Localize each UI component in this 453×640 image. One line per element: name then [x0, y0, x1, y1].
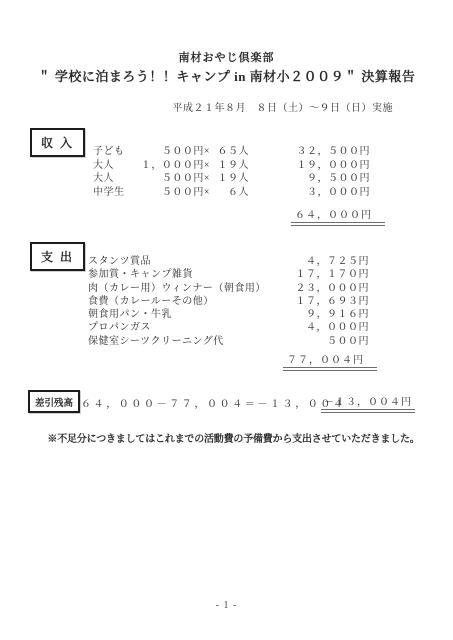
expense-amount: ４，７２５円: [277, 255, 369, 268]
expense-total: ７７，００４円: [283, 351, 377, 371]
income-row: 大人 ５００円× １９人 ９，５００円: [93, 172, 370, 186]
expense-item-label: プロパンガス: [88, 321, 277, 334]
expense-row: 朝食用パン・牛乳 ９，９１６円: [88, 308, 369, 321]
income-total: ６４，０００円: [291, 206, 385, 226]
deficit-note: ※不足分につきましてはこれまでの活動費の予備費から支出させていただきました。: [0, 430, 453, 445]
income-item-label: 大人: [93, 159, 137, 173]
page-number: - 1 -: [0, 600, 453, 611]
income-count: ６人: [210, 186, 249, 200]
expense-section-label: 支 出: [41, 248, 74, 265]
expense-item-label: 食費（カレールーその他）: [88, 295, 277, 308]
expense-total-line: ７７，００４円: [0, 351, 377, 371]
income-count: ６５人: [210, 145, 249, 159]
income-count: １９人: [210, 159, 249, 173]
income-item-label: 中学生: [93, 186, 137, 200]
balance-result-line: －１３，００４円: [0, 393, 415, 413]
expense-row: 参加賞・キャンプ雑貨 １７，１７０円: [88, 268, 369, 281]
expense-table: スタンツ賞品 ４，７２５円 参加賞・キャンプ雑貨 １７，１７０円 肉（カレー用）…: [88, 255, 369, 348]
expense-row: スタンツ賞品 ４，７２５円: [88, 255, 369, 268]
expense-item-label: 保健室シーツクリーニング代: [88, 335, 277, 348]
income-amount: ９，５００円: [249, 172, 370, 186]
balance-result: －１３，００４円: [321, 393, 415, 413]
expense-item-label: スタンツ賞品: [88, 255, 277, 268]
expense-amount: ４，０００円: [277, 321, 369, 334]
expense-row: 食費（カレールーその他） １７，６９３円: [88, 295, 369, 308]
income-row: 子ども ５００円× ６５人 ３２，５００円: [93, 145, 370, 159]
expense-amount: １７，６９３円: [277, 295, 369, 308]
expense-amount: ２３，０００円: [277, 282, 369, 295]
income-amount: ３２，５００円: [249, 145, 370, 159]
expense-amount: １７，１７０円: [277, 268, 369, 281]
income-table: 子ども ５００円× ６５人 ３２，５００円 大人 １，０００円× １９人 １９，…: [93, 145, 370, 199]
expense-row: プロパンガス ４，０００円: [88, 321, 369, 334]
income-unit-price: ５００円×: [137, 145, 210, 159]
income-section-box: 収 入: [30, 128, 85, 157]
event-date-line: 平成２１年８月 ８日（土）～９日（日）実施: [0, 99, 393, 114]
page-title: 南材おやじ倶楽部: [0, 49, 453, 65]
income-amount: ３，０００円: [249, 186, 370, 200]
income-item-label: 子ども: [93, 145, 137, 159]
page-subtitle: ＂ 学校に泊まろう！！キャンプ in 南材小２００９＂ 決算報告: [0, 66, 453, 85]
income-row: 中学生 ５００円× ６人 ３，０００円: [93, 186, 370, 200]
expense-item-label: 参加賞・キャンプ雑貨: [88, 268, 277, 281]
expense-row: 肉（カレー用）ウィンナー（朝食用） ２３，０００円: [88, 282, 369, 295]
income-unit-price: ５００円×: [137, 172, 210, 186]
expense-amount: ５００円: [277, 335, 369, 348]
income-total-line: ６４，０００円: [0, 206, 385, 226]
expense-row: 保健室シーツクリーニング代 ５００円: [88, 335, 369, 348]
expense-item-label: 肉（カレー用）ウィンナー（朝食用）: [88, 282, 277, 295]
income-section-label: 収 入: [41, 134, 74, 151]
income-row: 大人 １，０００円× １９人 １９，０００円: [93, 159, 370, 173]
income-count: １９人: [210, 172, 249, 186]
report-page: 南材おやじ倶楽部 ＂ 学校に泊まろう！！キャンプ in 南材小２００９＂ 決算報…: [0, 0, 453, 640]
income-unit-price: ５００円×: [137, 186, 210, 200]
income-amount: １９，０００円: [249, 159, 370, 173]
income-unit-price: １，０００円×: [137, 159, 210, 173]
expense-amount: ９，９１６円: [277, 308, 369, 321]
expense-item-label: 朝食用パン・牛乳: [88, 308, 277, 321]
income-item-label: 大人: [93, 172, 137, 186]
expense-section-box: 支 出: [30, 242, 85, 271]
